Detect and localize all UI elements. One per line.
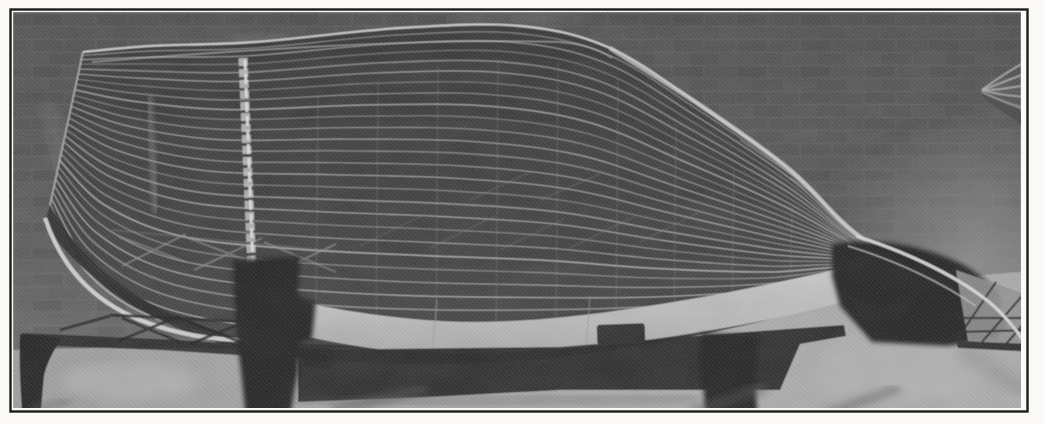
screen-overlay <box>13 12 1021 408</box>
halftone-plate <box>0 0 1044 424</box>
photo <box>13 10 1034 420</box>
photo-svg <box>0 0 1044 424</box>
